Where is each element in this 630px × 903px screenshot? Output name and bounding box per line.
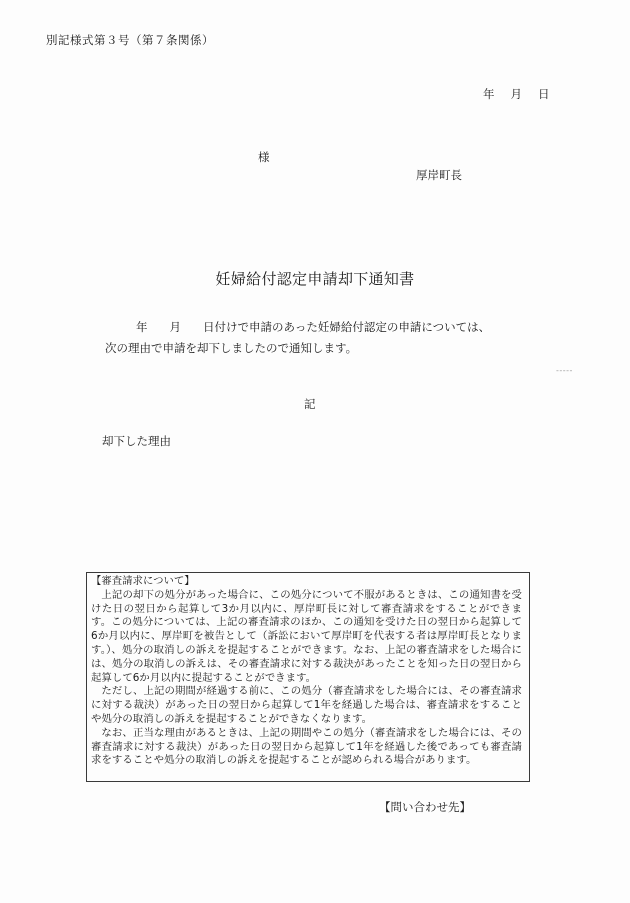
body-line-1: 年月日付けで申請のあった妊婦給付認定の申請については、 bbox=[136, 319, 490, 335]
ki-marker: 記 bbox=[304, 396, 316, 412]
date-day-label: 日 bbox=[538, 86, 550, 102]
review-request-notice-box: 【審査請求について】 上記の却下の処分があった場合に、この処分について不服がある… bbox=[86, 572, 530, 782]
dash-mark: ----- bbox=[556, 366, 573, 375]
issue-date: 年月日 bbox=[483, 86, 550, 102]
form-number-label: 別記様式第３号（第７条関係） bbox=[46, 32, 214, 48]
date-month-label: 月 bbox=[511, 86, 523, 102]
body-month-label: 月 bbox=[170, 320, 182, 334]
review-notice-paragraph-2: ただし、上記の期間が経過する前に、この処分（審査請求をした場合には、その審査請求… bbox=[91, 685, 522, 726]
review-request-heading: 【審査請求について】 bbox=[91, 575, 522, 589]
addressee-honorific: 様 bbox=[258, 149, 270, 165]
rejection-reason-label: 却下した理由 bbox=[102, 433, 171, 449]
issuer-name: 厚岸町長 bbox=[416, 167, 462, 183]
body-line-1-text: 日付けで申請のあった妊婦給付認定の申請については、 bbox=[203, 320, 490, 334]
document-title: 妊婦給付認定申請却下通知書 bbox=[0, 268, 630, 289]
review-notice-paragraph-3: なお、正当な理由があるときは、上記の期間やこの処分（審査請求をした場合には、その… bbox=[91, 727, 522, 768]
date-year-label: 年 bbox=[483, 86, 495, 102]
body-line-2: 次の理由で申請を却下しましたので通知します。 bbox=[105, 340, 357, 356]
body-year-label: 年 bbox=[136, 320, 148, 334]
review-notice-paragraph-1: 上記の却下の処分があった場合に、この処分について不服があるときは、この通知書を受… bbox=[91, 589, 522, 686]
contact-label: 【問い合わせ先】 bbox=[379, 799, 471, 815]
